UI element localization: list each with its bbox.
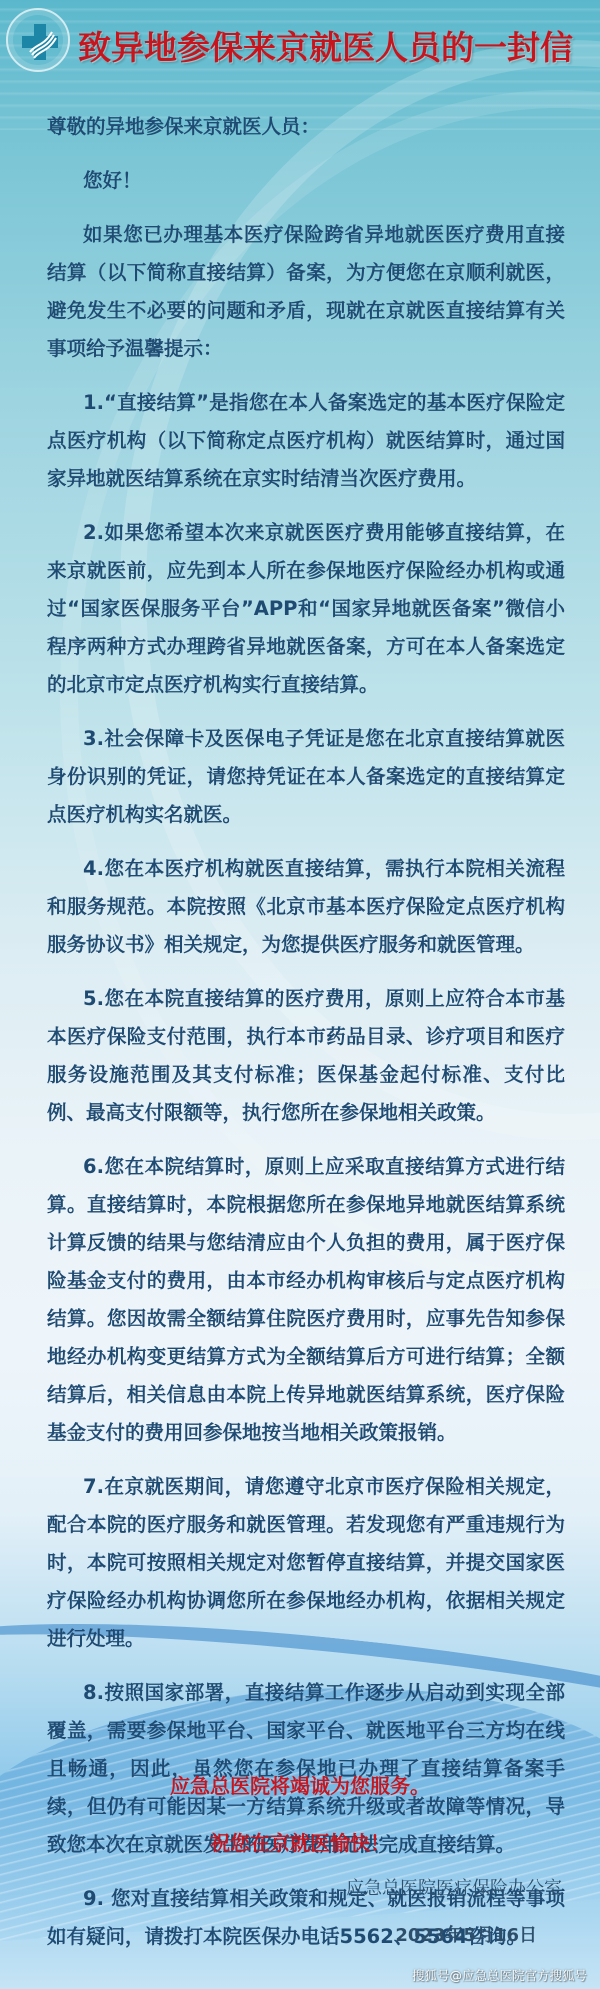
hospital-logo-icon bbox=[6, 8, 70, 72]
item-2: 2.如果您希望本次来京就医医疗费用能够直接结算，在来京就医前，应先到本人所在参保… bbox=[47, 514, 565, 704]
watermark: 搜狐号@应急总医院官方搜狐号 bbox=[412, 1966, 587, 1984]
medical-cross-icon bbox=[20, 22, 60, 62]
letter-header: 致异地参保来京就医人员的一封信 bbox=[0, 0, 600, 100]
item-3: 3.社会保障卡及医保电子凭证是您在北京直接结算就医身份识别的凭证，请您持凭证在本… bbox=[47, 720, 565, 834]
letter-body: 尊敬的异地参保来京就医人员： 您好！ 如果您已办理基本医疗保险跨省异地就医医疗费… bbox=[47, 108, 565, 1972]
closing-wish-line: 祝您在京就医愉快！ bbox=[0, 1827, 600, 1856]
item-5: 5.您在本院直接结算的医疗费用，原则上应符合本市基本医疗保险支付范围，执行本市药… bbox=[47, 980, 565, 1132]
letter-title: 致异地参保来京就医人员的一封信 bbox=[78, 22, 573, 69]
item-1: 1.“直接结算”是指您在本人备案选定的基本医疗保险定点医疗机构（以下简称定点医疗… bbox=[47, 384, 565, 498]
letter-date: 2023年5月16日 bbox=[395, 1921, 537, 1947]
item-6: 6.您在本院结算时，原则上应采取直接结算方式进行结算。直接结算时，本院根据您所在… bbox=[47, 1148, 565, 1452]
signature: 应急总医院医疗保险办公室 bbox=[346, 1874, 562, 1900]
intro-paragraph: 如果您已办理基本医疗保险跨省异地就医医疗费用直接结算（以下简称直接结算）备案，为… bbox=[47, 216, 565, 368]
closing-service-line: 应急总医院将竭诚为您服务。 bbox=[0, 1770, 600, 1799]
item-7: 7.在京就医期间，请您遵守北京市医疗保险相关规定，配合本院的医疗服务和就医管理。… bbox=[47, 1468, 565, 1658]
item-4: 4.您在本医疗机构就医直接结算，需执行本院相关流程和服务规范。本院按照《北京市基… bbox=[47, 850, 565, 964]
salutation: 尊敬的异地参保来京就医人员： bbox=[47, 108, 565, 146]
greeting: 您好！ bbox=[47, 162, 565, 200]
